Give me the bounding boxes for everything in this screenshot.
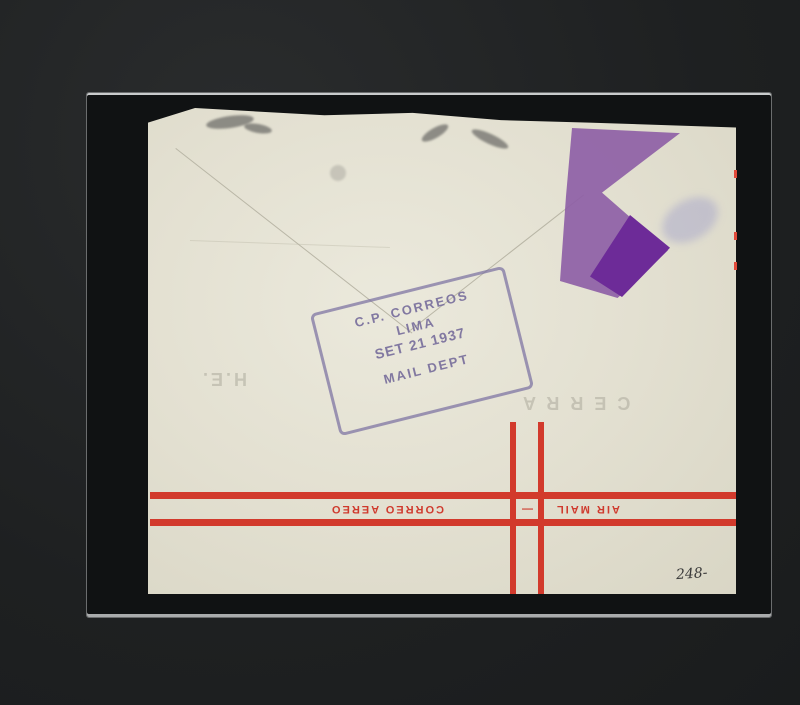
correo-aereo-label: CORREO AEREO bbox=[330, 503, 444, 515]
airmail-cross-vertical-right bbox=[538, 422, 544, 594]
red-edge-mark bbox=[734, 232, 737, 240]
air-mail-label: AIR MAIL bbox=[555, 503, 620, 515]
airmail-band-top bbox=[150, 492, 736, 499]
postmark-smudge bbox=[330, 165, 346, 181]
show-through-text: C E R R A bbox=[520, 392, 630, 413]
show-through-text: H.E. bbox=[200, 368, 247, 389]
airmail-cross-vertical-left bbox=[510, 422, 516, 594]
red-edge-mark bbox=[734, 170, 737, 178]
airmail-separator: — bbox=[520, 503, 533, 515]
handwritten-note: 248- bbox=[675, 565, 707, 583]
red-edge-mark bbox=[734, 262, 737, 270]
airmail-band-bottom bbox=[150, 519, 736, 526]
